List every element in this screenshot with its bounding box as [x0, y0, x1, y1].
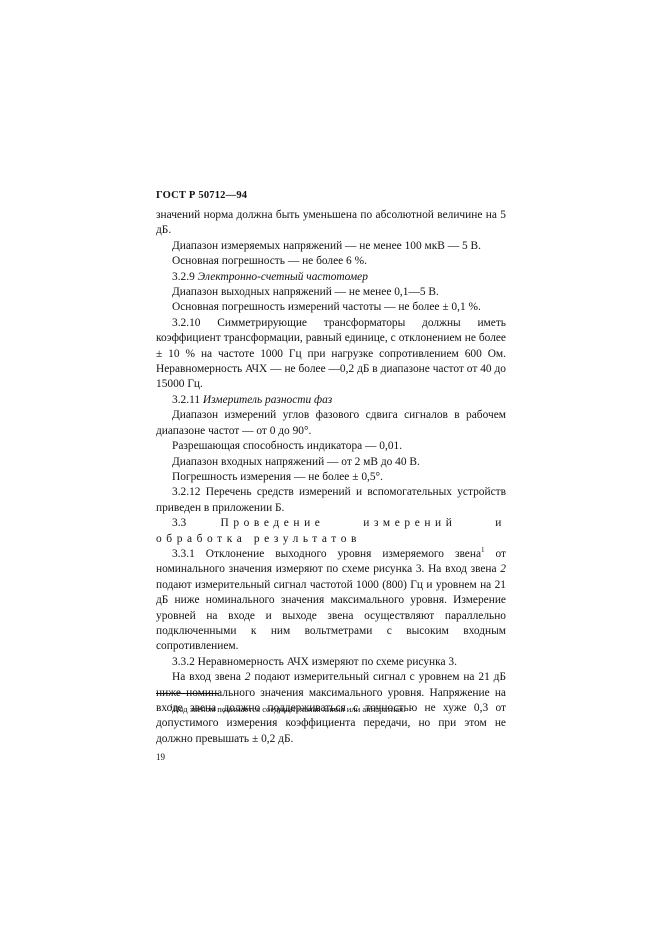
paragraph-3-2-12: 3.2.12 Перечень средств измерений и вспо…: [156, 485, 506, 516]
footnote-divider: [156, 693, 219, 694]
footnote: 1Под звеном понимается соединительная ли…: [170, 704, 405, 714]
document-page: ГОСТ Р 50712—94 значений норма должна бы…: [0, 0, 661, 935]
paragraph-3-3-2: 3.3.2 Неравномерность АЧХ измеряют по сх…: [156, 655, 506, 670]
text-run: 2: [500, 563, 506, 575]
section-number: 3.3: [172, 517, 186, 529]
paragraph-3-2-10: 3.2.10 Симметрирующие трансформаторы дол…: [156, 316, 506, 393]
section-number: 3.2.9: [172, 271, 195, 283]
section-title: Проведение измерений и обработка результ…: [156, 517, 506, 544]
footnote-text: Под звеном понимается соединительная лин…: [173, 704, 405, 714]
paragraph: Погрешность измерения — не более ± 0,5°.: [156, 470, 506, 485]
section-heading-3-2-11: 3.2.11 Измеритель разности фаз: [156, 393, 506, 408]
section-number: 3.2.11: [172, 394, 200, 406]
paragraph: Диапазон выходных напряжений — не менее …: [156, 285, 506, 300]
text-run: подают измерительный сигнал частотой 100…: [156, 579, 506, 653]
paragraph: Диапазон измерений углов фазового сдвига…: [156, 408, 506, 439]
paragraph: значений норма должна быть уменьшена по …: [156, 208, 506, 239]
page-number: 19: [156, 752, 165, 762]
paragraph: Диапазон входных напряжений — от 2 мВ до…: [156, 455, 506, 470]
section-title: Измеритель разности фаз: [203, 394, 332, 406]
body-text: значений норма должна быть уменьшена по …: [156, 208, 506, 747]
text-run: На вход звена: [172, 671, 245, 683]
text-run: 3.3.1 Отклонение выходного уровня измеря…: [172, 548, 481, 560]
paragraph: Разрешающая способность индикатора — 0,0…: [156, 439, 506, 454]
paragraph: Диапазон измеряемых напряжений — не мене…: [156, 239, 506, 254]
section-heading-3-3: 3.3 Проведение измерений и обработка рез…: [156, 516, 506, 547]
section-title: Электронно-счетный частотомер: [198, 271, 368, 283]
paragraph: Основная погрешность измерений частоты —…: [156, 300, 506, 315]
section-heading-3-2-9: 3.2.9 Электронно-счетный частотомер: [156, 270, 506, 285]
document-code-header: ГОСТ Р 50712—94: [156, 190, 247, 201]
paragraph: Основная погрешность — не более 6 %.: [156, 254, 506, 269]
paragraph-3-3-1: 3.3.1 Отклонение выходного уровня измеря…: [156, 547, 506, 655]
